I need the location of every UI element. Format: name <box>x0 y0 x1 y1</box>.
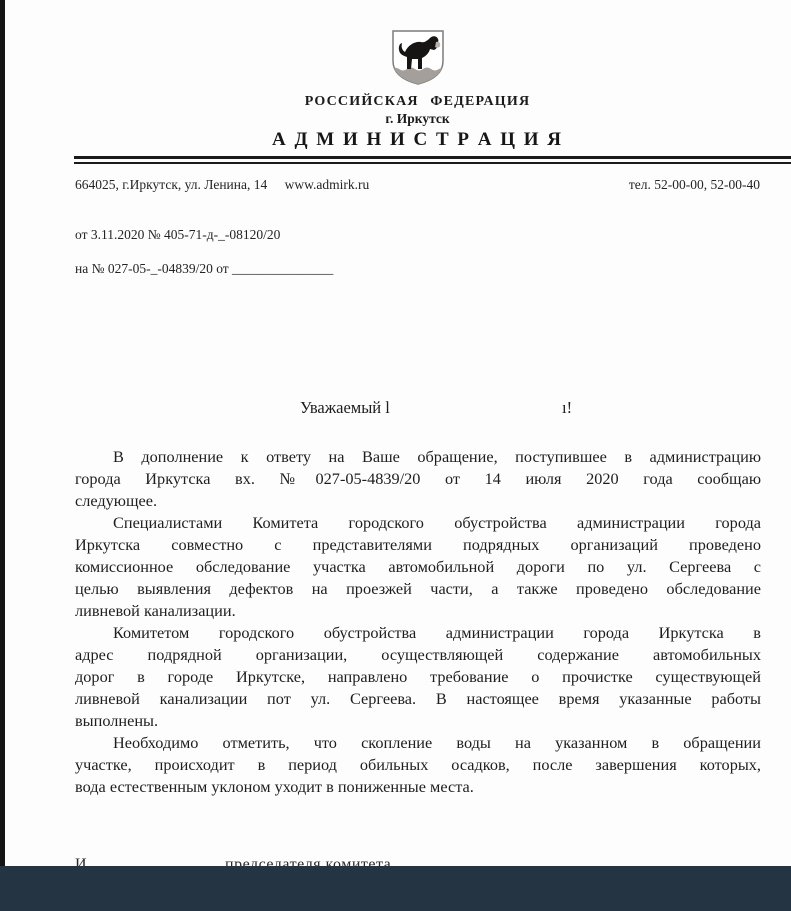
phone-numbers: тел. 52-00-00, 52-00-40 <box>629 177 760 193</box>
salutation-text: Уважаемый l <box>300 398 390 418</box>
letter-body: В дополнение к ответу на Ваше обращение,… <box>75 446 761 798</box>
body-line: комиссионное обследование участка автомо… <box>75 556 761 578</box>
letterhead: РОССИЙСКАЯ ФЕДЕРАЦИЯ г. Иркутск <box>75 28 760 127</box>
organization-title: А Д М И Н И С Т Р А Ц И Я <box>75 129 760 151</box>
body-paragraph: Комитетом городского обустройства админи… <box>75 622 761 732</box>
signature-fragment-right: председателя комитета <box>225 856 391 866</box>
website-text: www.admirk.ru <box>285 177 370 192</box>
body-line: дорог в городе Иркутске, направлено треб… <box>75 666 761 688</box>
body-line: Необходимо отметить, что скопление воды … <box>75 732 761 754</box>
letterhead-country: РОССИЙСКАЯ ФЕДЕРАЦИЯ <box>75 94 760 110</box>
body-line: целью выявления дефектов на проезжей час… <box>75 578 761 600</box>
contact-row: 664025, г.Иркутск, ул. Ленина, 14 www.ad… <box>75 177 760 193</box>
salutation-redacted-end: ı! <box>562 398 572 418</box>
postal-address: 664025, г.Иркутск, ул. Ленина, 14 www.ad… <box>75 177 369 193</box>
letterhead-divider <box>74 156 791 164</box>
outgoing-reference: от 3.11.2020 № 405-71-д-_-08120/20 <box>75 227 280 243</box>
scanned-letter-page: РОССИЙСКАЯ ФЕДЕРАЦИЯ г. Иркутск А Д М И … <box>0 0 791 911</box>
body-line: ливневой канализации пот ул. Сергеева. В… <box>75 688 761 710</box>
body-line: В дополнение к ответу на Ваше обращение,… <box>75 446 761 468</box>
letterhead-city: г. Иркутск <box>75 111 760 127</box>
address-text: 664025, г.Иркутск, ул. Ленина, 14 <box>75 177 267 192</box>
body-paragraph: Специалистами Комитета городского обустр… <box>75 512 761 622</box>
signature-line-clipped: И председателя комитета <box>75 856 761 866</box>
salutation-line: Уважаемый l ı! <box>75 398 760 420</box>
body-line: ливневой канализации. <box>75 600 761 622</box>
body-paragraph: Необходимо отметить, что скопление воды … <box>75 732 761 798</box>
body-line: Комитетом городского обустройства админи… <box>75 622 761 644</box>
body-line: вода естественным уклоном уходит в пониж… <box>75 776 761 798</box>
irkutsk-coat-of-arms-icon <box>387 28 449 86</box>
incoming-reference: на № 027-05-_-04839/20 от ______________… <box>75 261 333 277</box>
body-line: участке, происходит в период обильных ос… <box>75 754 761 776</box>
viewer-bottom-bar <box>0 866 791 911</box>
body-line: Иркутска совместно с представителями под… <box>75 534 761 556</box>
body-line: следующее. <box>75 490 761 512</box>
body-line: Специалистами Комитета городского обустр… <box>75 512 761 534</box>
body-line: города Иркутска вх. №027-05-4839/20 от 1… <box>75 468 761 490</box>
body-line: выполнены. <box>75 710 761 732</box>
body-paragraph: В дополнение к ответу на Ваше обращение,… <box>75 446 761 512</box>
page-left-edge <box>0 0 5 911</box>
signature-fragment-left: И <box>75 856 87 866</box>
body-line: адрес подрядной организации, осуществляю… <box>75 644 761 666</box>
